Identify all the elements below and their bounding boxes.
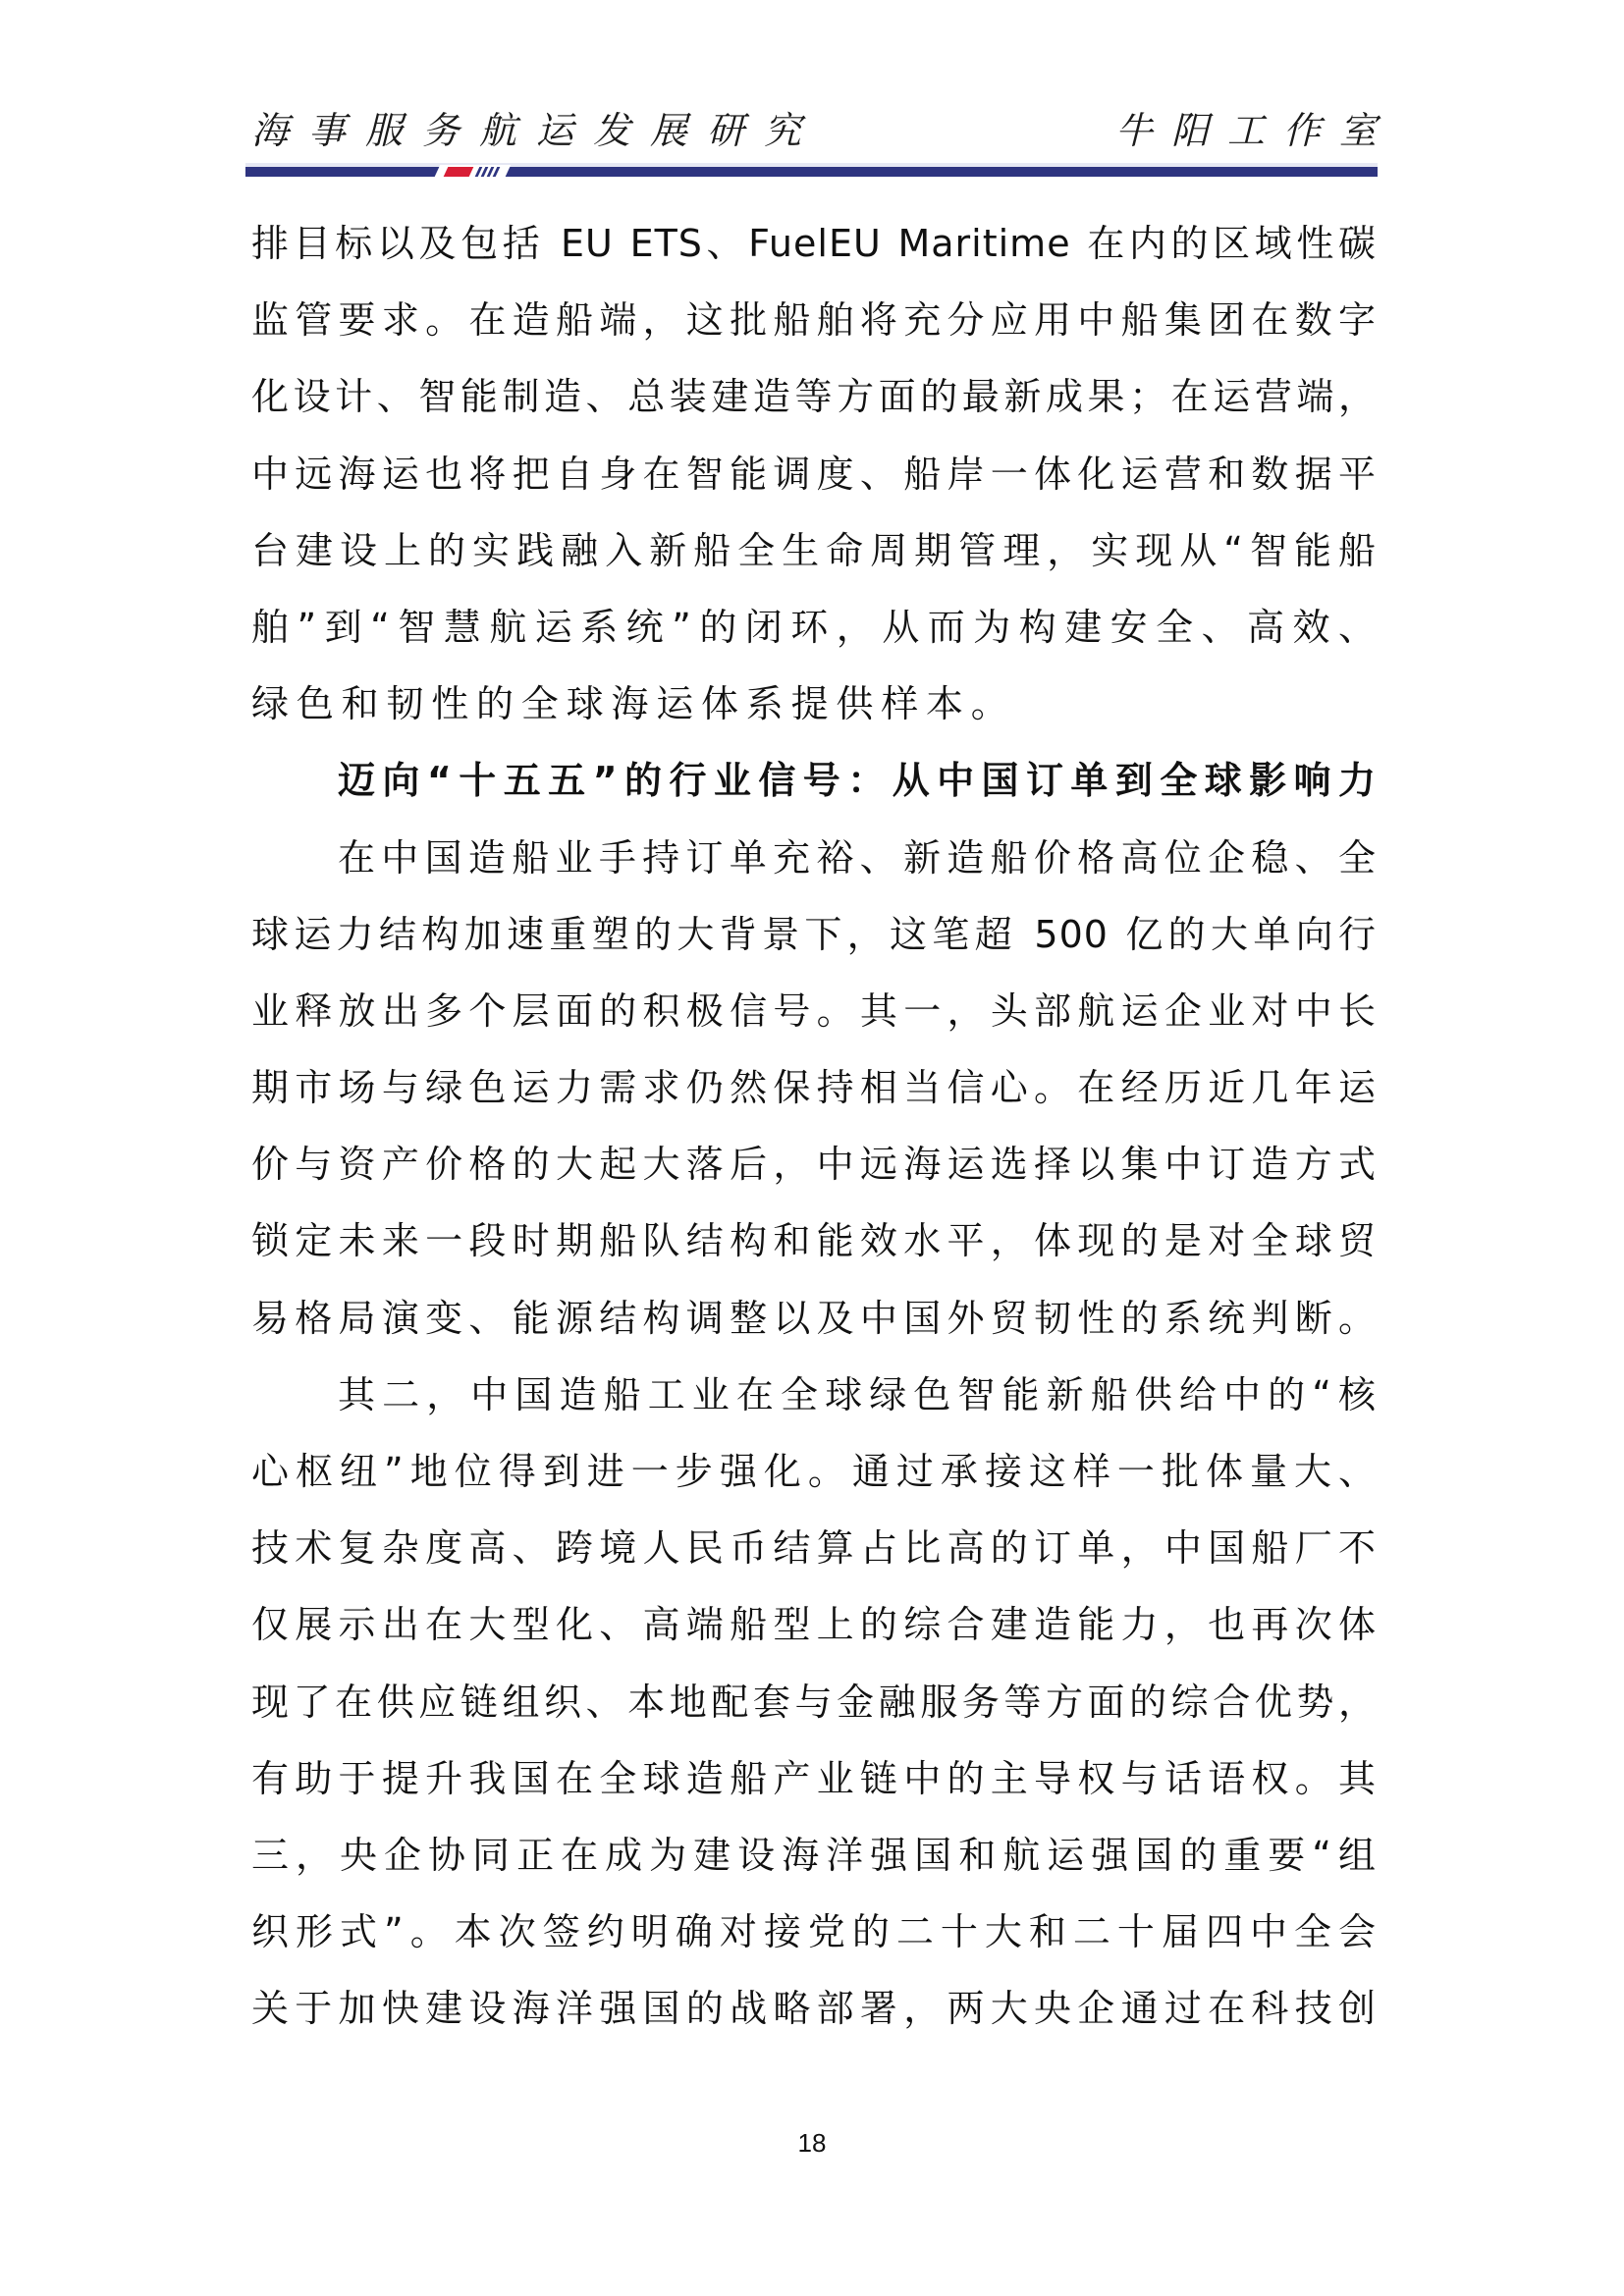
rule-red-accent [444,167,474,177]
header-publication-title: 海事服务航运发展研究 [251,106,821,155]
paragraph-line: 中远海运也将把自身在智能调度、船岸一体化运营和数据平 [251,449,1377,525]
header-studio-name: 牛阳工作室 [1115,106,1395,155]
page-number: 18 [785,2128,839,2159]
paragraph-line: 关于加快建设海洋强国的战略部署，两大央企通过在科技创 [251,1983,1377,2059]
paragraph-line: 有助于提升我国在全球造船产业链中的主导权与话语权。其 [251,1753,1377,1830]
paragraph-first-line: 其二，中国造船工业在全球绿色智能新船供给中的“核 [251,1369,1377,1446]
paragraph-first-line: 在中国造船业手持订单充裕、新造船价格高位企稳、全 [251,832,1377,909]
paragraph-line: 监管要求。在造船端，这批船舶将充分应用中船集团在数字 [251,294,1377,371]
paragraph-line: 易格局演变、能源结构调整以及中国外贸韧性的系统判断。 [251,1293,1377,1369]
paragraph-line: 化设计、智能制造、总装建造等方面的最新成果；在运营端， [251,371,1377,448]
paragraph-line: 球运力结构加速重塑的大背景下，这笔超 500 亿的大单向行 [251,909,1377,986]
paragraph-line: 舶”到“智慧航运系统”的闭环，从而为构建安全、高效、 [251,602,1377,678]
paragraph-line: 现了在供应链组织、本地配套与金融服务等方面的综合优势， [251,1677,1377,1753]
rule-navy-band [245,167,1378,177]
paragraph-line: 仅展示出在大型化、高端船型上的综合建造能力，也再次体 [251,1599,1377,1676]
paragraph-line: 心枢纽”地位得到进一步强化。通过承接这样一批体量大、 [251,1446,1377,1522]
paragraph-line: 台建设上的实践融入新船全生命周期管理，实现从“智能船 [251,525,1377,602]
paragraph-line: 技术复杂度高、跨境人民币结算占比高的订单，中国船厂不 [251,1522,1377,1599]
article-body: 排目标以及包括 EU ETS、FuelEU Maritime 在内的区域性碳 监… [251,218,1377,2060]
paragraph-line: 锁定未来一段时期船队结构和能效水平，体现的是对全球贸 [251,1215,1377,1292]
paragraph-line-last: 绿色和韧性的全球海运体系提供样本。 [251,678,1377,755]
paragraph-line: 织形式”。本次签约明确对接党的二十大和二十届四中全会 [251,1906,1377,1983]
paragraph-line: 价与资产价格的大起大落后，中远海运选择以集中订造方式 [251,1139,1377,1215]
paragraph-line: 业释放出多个层面的积极信号。其一，头部航运企业对中长 [251,986,1377,1062]
paragraph-line: 三，央企协同正在成为建设海洋强国和航运强国的重要“组 [251,1830,1377,1906]
paragraph-line: 期市场与绿色运力需求仍然保持相当信心。在经历近几年运 [251,1062,1377,1139]
header-decorative-rule [245,163,1378,179]
page-header: 海事服务航运发展研究 牛阳工作室 [245,98,1378,157]
paragraph-line: 排目标以及包括 EU ETS、FuelEU Maritime 在内的区域性碳 [251,218,1377,294]
section-heading: 迈向“十五五”的行业信号：从中国订单到全球影响力 [251,755,1377,831]
